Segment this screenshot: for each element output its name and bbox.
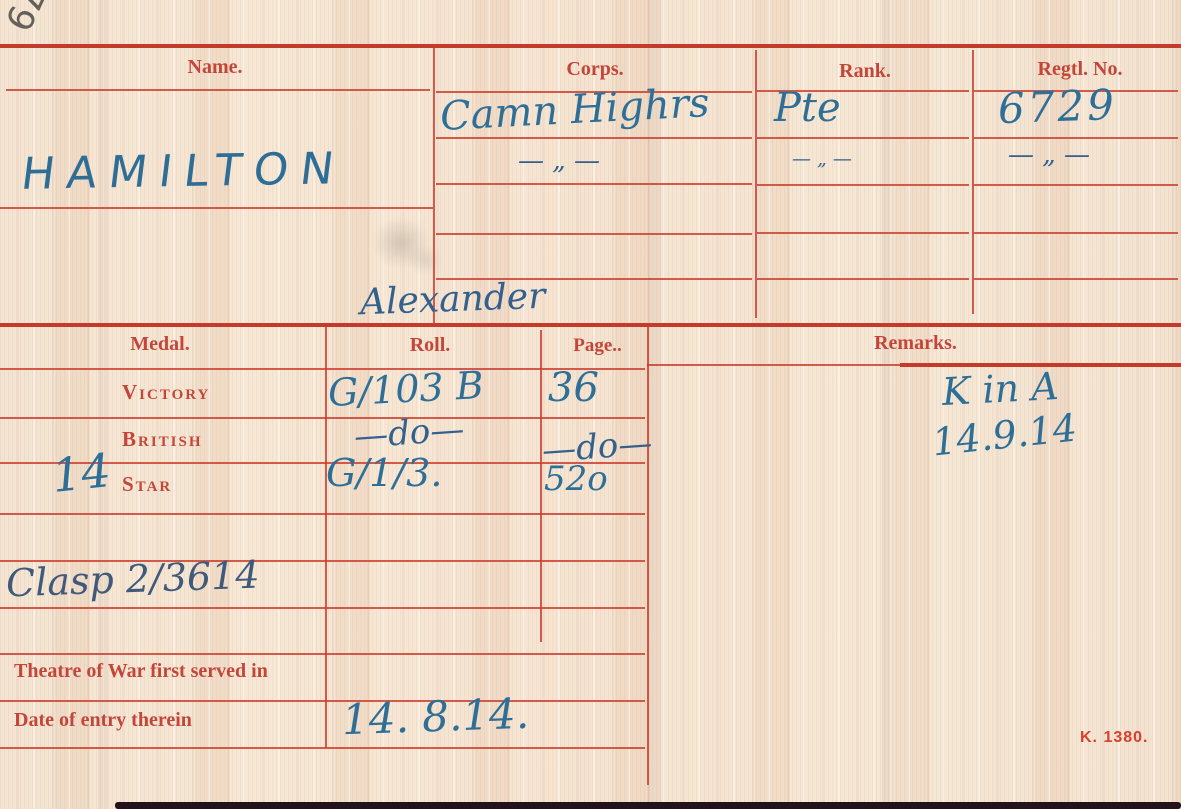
regtl-no-ditto-mark: — „ — [1008, 142, 1090, 168]
medal-index-card: 79 Name. Corps. Rank. Regtl. No. Medal. … [0, 0, 1181, 809]
rule-line [0, 747, 645, 749]
rule-line [0, 207, 433, 209]
roll-column-header: Roll. [360, 334, 500, 357]
surname-handwriting: HAMILTON [19, 147, 348, 197]
page-column-header: Page.. [545, 335, 650, 357]
british-roll-ditto: —do— [353, 412, 465, 454]
star-page-value: 52o [544, 462, 608, 496]
star-1914-prefix: 14 [50, 447, 113, 499]
clasp-note-handwriting: Clasp 2/3614 [5, 556, 260, 603]
rank-ditto-mark: — „ — [792, 150, 852, 169]
paper-fold-shadow [882, 0, 890, 809]
date-of-entry-label: Date of entry therein [14, 709, 192, 732]
rule-line [436, 183, 752, 185]
column-divider [540, 330, 542, 642]
remarks-date: 14.9.14 [930, 409, 1078, 462]
name-column-header: Name. [130, 56, 300, 79]
rule-line [974, 137, 1178, 139]
rule-line [974, 232, 1178, 234]
rule-line-thick [0, 44, 1181, 48]
rule-line [757, 278, 969, 280]
card-edge-shadow [115, 802, 1181, 809]
rule-line-thick [0, 323, 1181, 327]
column-divider [755, 50, 757, 318]
rule-line [436, 233, 752, 235]
medal-row-star-label: Star [122, 472, 172, 497]
column-divider [325, 327, 327, 748]
corps-ditto-mark: — „ — [518, 148, 600, 174]
pencil-sorting-number: 79 [0, 0, 50, 36]
forename-handwriting: Alexander [359, 279, 545, 321]
victory-page-value: 36 [548, 368, 599, 408]
remarks-column-header: Remarks. [838, 332, 993, 355]
rule-line [974, 184, 1178, 186]
rule-line [0, 700, 645, 702]
rule-line [757, 232, 969, 234]
corps-column-header: Corps. [515, 58, 675, 81]
rank-column-header: Rank. [790, 60, 940, 83]
form-reference-number: K. 1380. [1080, 729, 1148, 747]
star-roll-value: G/1/3. [326, 454, 442, 492]
regtl-no-column-header: Regtl. No. [995, 58, 1165, 81]
rule-line [757, 137, 969, 139]
corps-handwriting: Camn Highrs [439, 83, 710, 137]
date-of-entry-value: 14. 8.14. [341, 693, 529, 742]
rule-line [0, 653, 645, 655]
rule-line [974, 278, 1178, 280]
victory-roll-value: G/103 B [327, 366, 484, 412]
rule-line [6, 89, 430, 91]
rank-handwriting: Pte [774, 88, 841, 128]
paper-stain [408, 246, 442, 274]
remarks-killed-in-action: K in A [941, 367, 1059, 411]
regtl-no-handwriting: 6729 [997, 84, 1117, 130]
rule-line [757, 184, 969, 186]
rule-line [0, 417, 645, 419]
medal-row-british-label: British [122, 427, 203, 452]
column-divider [972, 50, 974, 314]
rule-line [0, 513, 645, 515]
column-divider [647, 327, 649, 785]
theatre-of-war-label: Theatre of War first served in [14, 660, 268, 683]
medal-row-victory-label: Victory [122, 380, 210, 405]
paper-fold-shadow [98, 0, 108, 809]
rule-line [0, 607, 645, 609]
medal-column-header: Medal. [85, 333, 235, 356]
